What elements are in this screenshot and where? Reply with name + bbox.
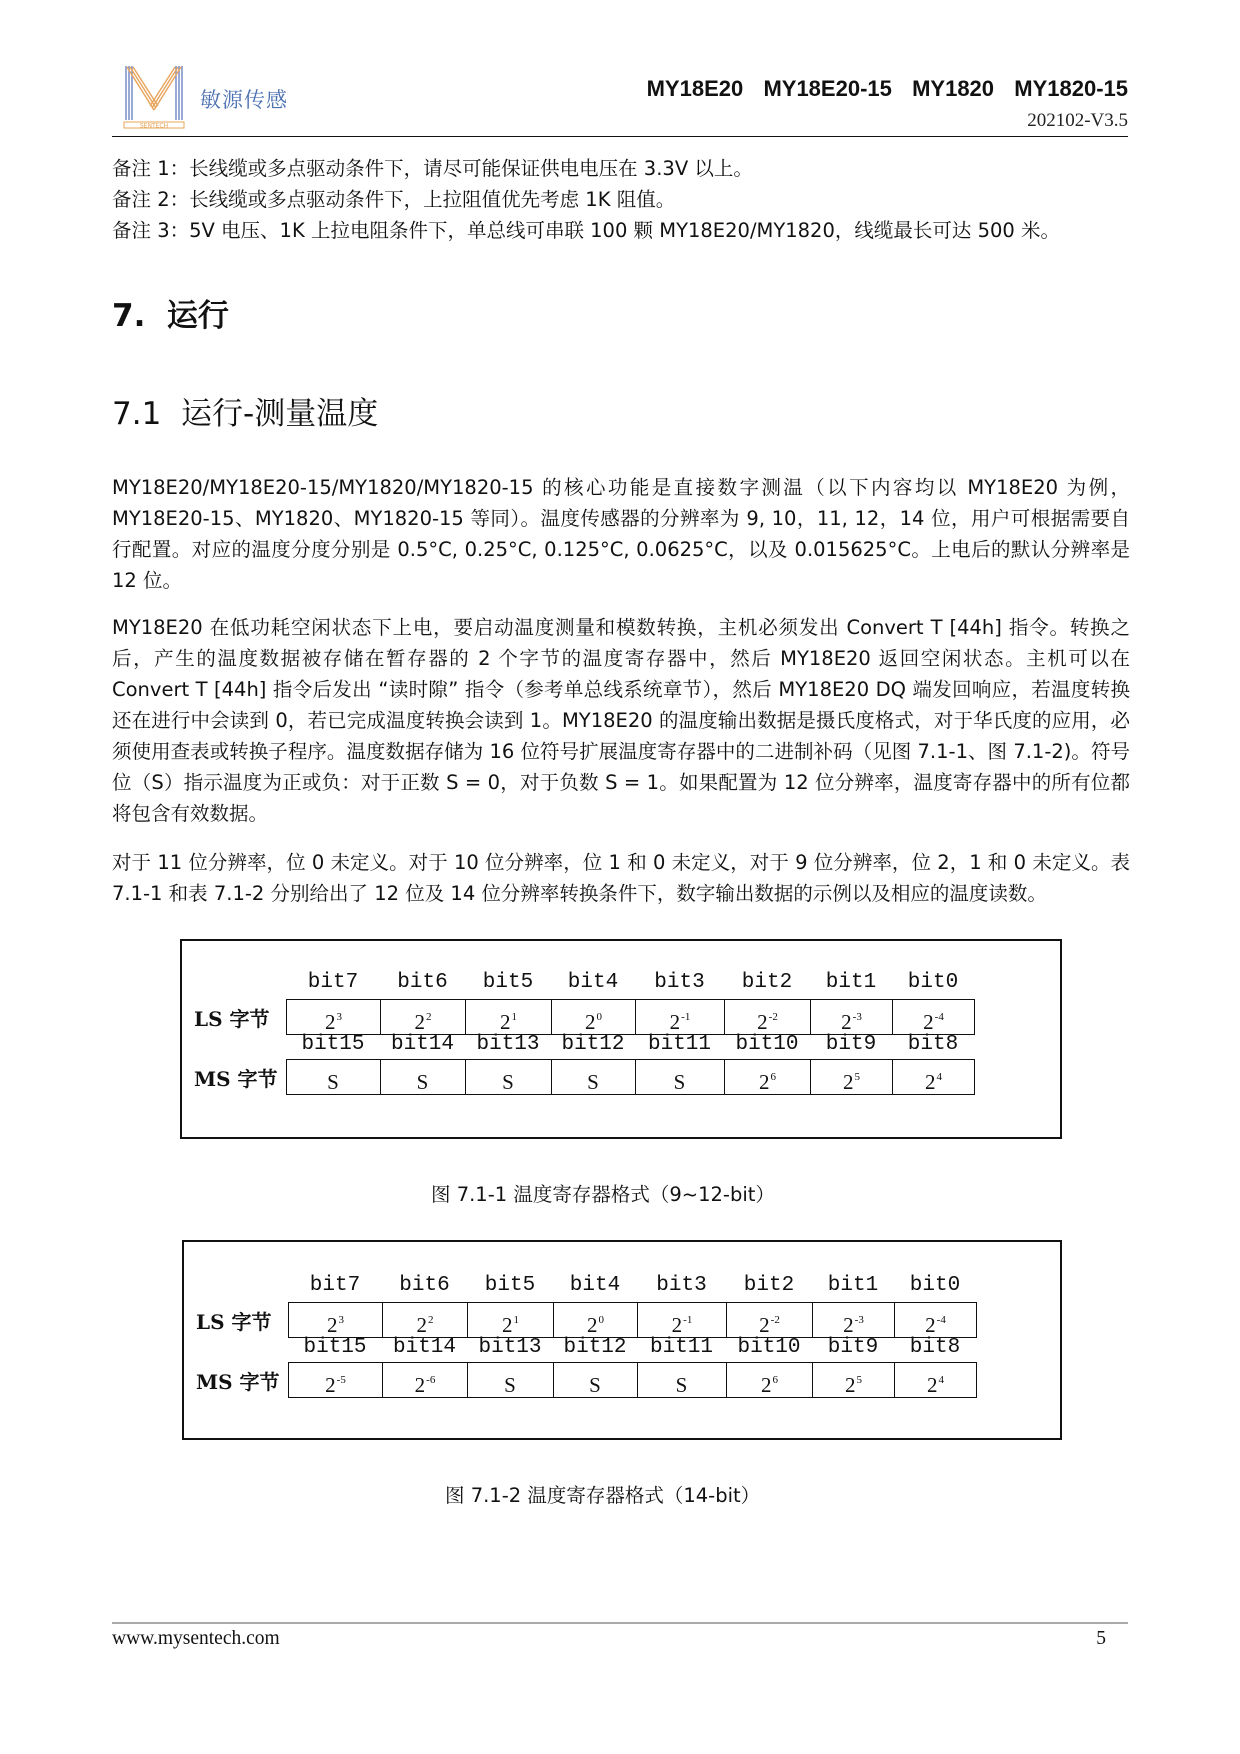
figure-caption-2: 图 7.1-2 温度寄存器格式（14-bit） — [445, 1480, 760, 1508]
cell-base: 2 — [587, 1313, 598, 1337]
cell-exponent: -2 — [769, 1011, 778, 1023]
bit-label: bit9 — [812, 1336, 894, 1359]
document-title: MY18E20 MY18E20-15 MY1820 MY1820-15 — [647, 76, 1128, 102]
cell-base: S — [589, 1373, 601, 1397]
cell-exponent: 4 — [939, 1374, 945, 1386]
cell-base: 2 — [670, 1010, 681, 1034]
bit-label: bit11 — [637, 1336, 726, 1359]
cell-exponent: 0 — [597, 1011, 603, 1023]
cell-exponent: 1 — [512, 1011, 518, 1023]
cell-exponent: 1 — [514, 1314, 520, 1326]
register-cell: 22 — [383, 1303, 468, 1337]
register-cell: S — [554, 1363, 638, 1397]
cell-exponent: -5 — [337, 1374, 346, 1386]
cell-base: 2 — [923, 1010, 934, 1034]
cell-base: S — [674, 1070, 686, 1094]
paragraph-resolution: MY18E20/MY18E20-15/MY1820/MY1820-15 的核心功… — [112, 472, 1130, 596]
ms-byte-cells: SSSSS262524 — [286, 1059, 975, 1095]
bit-label: bit14 — [382, 1336, 467, 1359]
cell-base: 2 — [417, 1313, 428, 1337]
bit-label: bit12 — [551, 1033, 635, 1056]
cell-base: 2 — [757, 1010, 768, 1034]
bit-label: bit0 — [894, 1274, 976, 1297]
document-page: SENTECH 敏源传感 MY18E20 MY18E20-15 MY1820 M… — [0, 0, 1240, 1754]
cell-base: S — [676, 1373, 688, 1397]
register-figure-12bit: bit7bit6bit5bit4bit3bit2bit1bit0LS 字节232… — [180, 939, 1062, 1139]
cell-base: 2 — [327, 1313, 338, 1337]
bit-label: bit6 — [382, 1274, 467, 1297]
subsection-heading: 7.1 运行-测量温度 — [112, 388, 378, 433]
bit-label: bit6 — [380, 971, 465, 994]
bit-label: bit10 — [724, 1033, 810, 1056]
register-cell: 24 — [895, 1363, 977, 1397]
bit-label: bit15 — [288, 1336, 382, 1359]
register-cell: S — [552, 1060, 636, 1094]
cell-exponent: 4 — [937, 1071, 943, 1083]
cell-exponent: 6 — [773, 1374, 779, 1386]
cell-exponent: -4 — [935, 1011, 944, 1023]
register-cell: S — [636, 1060, 725, 1094]
bit-label: bit7 — [288, 1274, 382, 1297]
register-cell: 2-3 — [813, 1303, 895, 1337]
ls-byte-cells: 232221202-12-22-32-4 — [286, 999, 975, 1035]
register-cell: S — [466, 1060, 552, 1094]
bit-label: bit11 — [635, 1033, 724, 1056]
ms-byte-cells: 2-52-6SSS262524 — [288, 1362, 977, 1398]
bit-label: bit10 — [726, 1336, 812, 1359]
cell-exponent: 2 — [426, 1011, 432, 1023]
cell-exponent: -3 — [855, 1314, 864, 1326]
cell-base: 2 — [585, 1010, 596, 1034]
register-cell: 21 — [466, 1000, 552, 1034]
cell-base: 2 — [500, 1010, 511, 1034]
bit-label: bit1 — [812, 1274, 894, 1297]
cell-base: 2 — [415, 1373, 426, 1397]
register-cell: 2-1 — [638, 1303, 727, 1337]
ls-bit-labels: bit7bit6bit5bit4bit3bit2bit1bit0 — [286, 971, 974, 994]
document-version: 202102-V3.5 — [1027, 110, 1128, 132]
bit-label: bit12 — [553, 1336, 637, 1359]
cell-exponent: -1 — [681, 1011, 690, 1023]
cell-base: 2 — [325, 1010, 336, 1034]
company-logo-icon: SENTECH — [122, 62, 186, 130]
register-cell: 21 — [468, 1303, 554, 1337]
bit-label: bit2 — [726, 1274, 812, 1297]
bit-label: bit0 — [892, 971, 974, 994]
paragraph-undefined-bits: 对于 11 位分辨率，位 0 未定义。对于 10 位分辨率，位 1 和 0 未定… — [112, 847, 1130, 909]
note-2: 备注 2：长线缆或多点驱动条件下，上拉阻值优先考虑 1K 阻值。 — [112, 184, 1142, 215]
register-cell: 25 — [813, 1363, 895, 1397]
svg-text:SENTECH: SENTECH — [140, 123, 168, 130]
bit-label: bit4 — [553, 1274, 637, 1297]
bit-label: bit13 — [467, 1336, 553, 1359]
bit-label: bit8 — [894, 1336, 976, 1359]
cell-exponent: 5 — [855, 1071, 861, 1083]
register-cell: 2-3 — [811, 1000, 893, 1034]
cell-base: 2 — [759, 1070, 770, 1094]
ms-bit-labels: bit15bit14bit13bit12bit11bit10bit9bit8 — [286, 1033, 974, 1056]
register-cell: 2-6 — [383, 1363, 468, 1397]
cell-exponent: -6 — [426, 1374, 435, 1386]
register-cell: 20 — [554, 1303, 638, 1337]
cell-base: S — [587, 1070, 599, 1094]
bit-label: bit13 — [465, 1033, 551, 1056]
ls-byte-cells: 232221202-12-22-32-4 — [288, 1302, 977, 1338]
register-cell: 20 — [552, 1000, 636, 1034]
bit-label: bit4 — [551, 971, 635, 994]
register-cell: S — [468, 1363, 554, 1397]
cell-base: 2 — [759, 1313, 770, 1337]
cell-base: 2 — [415, 1010, 426, 1034]
register-cell: S — [287, 1060, 381, 1094]
footer-website-link[interactable]: www.mysentech.com — [112, 1628, 280, 1650]
cell-exponent: -3 — [853, 1011, 862, 1023]
register-cell: 23 — [289, 1303, 383, 1337]
cell-base: S — [502, 1070, 514, 1094]
bit-label: bit2 — [724, 971, 810, 994]
register-cell: 2-2 — [727, 1303, 813, 1337]
ls-byte-label: LS 字节 — [196, 1306, 271, 1335]
register-cell: 2-2 — [725, 1000, 811, 1034]
cell-exponent: 3 — [339, 1314, 345, 1326]
cell-base: 2 — [925, 1070, 936, 1094]
cell-base: 2 — [841, 1010, 852, 1034]
cell-base: 2 — [325, 1373, 336, 1397]
register-cell: S — [638, 1363, 727, 1397]
ms-bit-labels: bit15bit14bit13bit12bit11bit10bit9bit8 — [288, 1336, 976, 1359]
bit-label: bit15 — [286, 1033, 380, 1056]
cell-base: 2 — [502, 1313, 513, 1337]
cell-exponent: 0 — [599, 1314, 605, 1326]
register-cell: 25 — [811, 1060, 893, 1094]
section-heading: 7. 运行 — [112, 290, 229, 335]
cell-base: 2 — [845, 1373, 856, 1397]
cell-exponent: -4 — [937, 1314, 946, 1326]
cell-exponent: 6 — [771, 1071, 777, 1083]
ls-byte-label: LS 字节 — [194, 1003, 269, 1032]
register-cell: 26 — [727, 1363, 813, 1397]
cell-exponent: -1 — [683, 1314, 692, 1326]
brand-name: 敏源传感 — [200, 84, 288, 114]
register-cell: 2-4 — [893, 1000, 975, 1034]
register-cell: 24 — [893, 1060, 975, 1094]
bit-label: bit3 — [635, 971, 724, 994]
cell-exponent: 3 — [337, 1011, 343, 1023]
ms-byte-label: MS 字节 — [194, 1063, 278, 1092]
register-cell: 2-1 — [636, 1000, 725, 1034]
cell-base: 2 — [927, 1373, 938, 1397]
register-figure-14bit: bit7bit6bit5bit4bit3bit2bit1bit0LS 字节232… — [182, 1240, 1062, 1440]
register-cell: 2-4 — [895, 1303, 977, 1337]
bit-label: bit8 — [892, 1033, 974, 1056]
header-divider — [112, 136, 1128, 137]
cell-exponent: 5 — [857, 1374, 863, 1386]
notes-block: 备注 1：长线缆或多点驱动条件下，请尽可能保证供电电压在 3.3V 以上。 备注… — [112, 153, 1142, 246]
figure-caption-1: 图 7.1-1 温度寄存器格式（9~12-bit） — [431, 1179, 775, 1207]
cell-base: 2 — [672, 1313, 683, 1337]
register-cell: 22 — [381, 1000, 466, 1034]
footer-divider — [112, 1622, 1128, 1624]
ls-bit-labels: bit7bit6bit5bit4bit3bit2bit1bit0 — [288, 1274, 976, 1297]
note-1: 备注 1：长线缆或多点驱动条件下，请尽可能保证供电电压在 3.3V 以上。 — [112, 153, 1142, 184]
note-3: 备注 3：5V 电压、1K 上拉电阻条件下，单总线可串联 100 颗 MY18E… — [112, 215, 1142, 246]
bit-label: bit7 — [286, 971, 380, 994]
page-number: 5 — [1096, 1628, 1106, 1650]
cell-base: S — [417, 1070, 429, 1094]
cell-exponent: -2 — [771, 1314, 780, 1326]
ms-byte-label: MS 字节 — [196, 1366, 280, 1395]
paragraph-conversion: MY18E20 在低功耗空闲状态下上电，要启动温度测量和模数转换，主机必须发出 … — [112, 612, 1130, 829]
register-cell: 2-5 — [289, 1363, 383, 1397]
bit-label: bit5 — [465, 971, 551, 994]
cell-exponent: 2 — [428, 1314, 434, 1326]
bit-label: bit5 — [467, 1274, 553, 1297]
register-cell: 23 — [287, 1000, 381, 1034]
bit-label: bit1 — [810, 971, 892, 994]
cell-base: S — [327, 1070, 339, 1094]
bit-label: bit14 — [380, 1033, 465, 1056]
register-cell: S — [381, 1060, 466, 1094]
cell-base: 2 — [843, 1313, 854, 1337]
register-cell: 26 — [725, 1060, 811, 1094]
bit-label: bit3 — [637, 1274, 726, 1297]
cell-base: 2 — [843, 1070, 854, 1094]
cell-base: 2 — [761, 1373, 772, 1397]
bit-label: bit9 — [810, 1033, 892, 1056]
cell-base: S — [504, 1373, 516, 1397]
cell-base: 2 — [925, 1313, 936, 1337]
